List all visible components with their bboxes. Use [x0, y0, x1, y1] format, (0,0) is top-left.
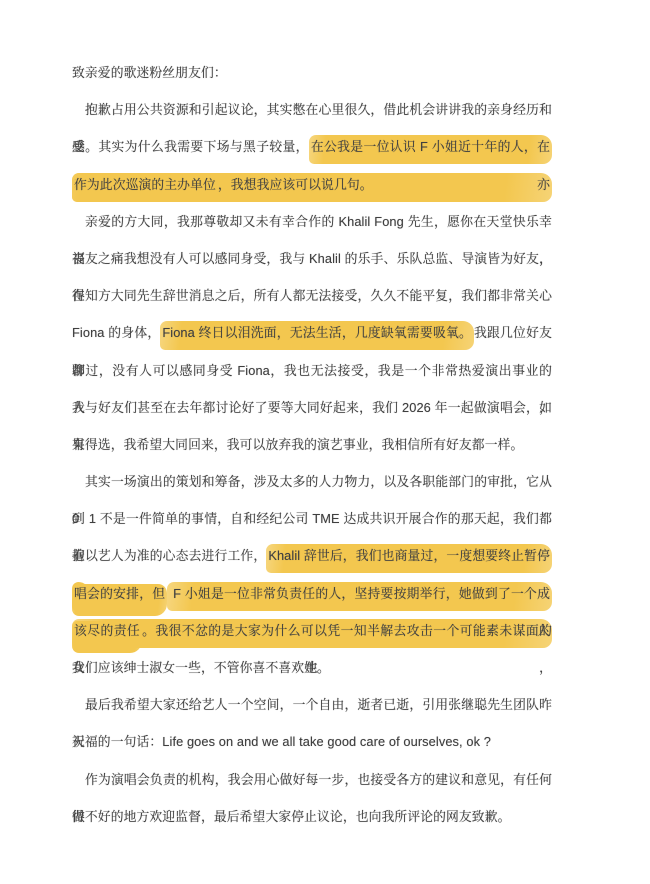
text-segment: Fiona 的身体， [72, 325, 160, 340]
screenshot-root: { "page": { "background": "#ffffff", "te… [0, 0, 650, 884]
text-line: 着以艺人为准的心态去进行工作，Khalil 辞世后，我们也商量过，一度想要终止暂… [72, 537, 552, 574]
text-line: 有得选，我希望大同回来，我可以放弃我的演艺事业，我相信所有好友都一样。 [72, 426, 552, 463]
highlight-mark: 作为此次巡演的主办单位 [72, 173, 218, 202]
letter-document: 致亲爱的歌迷粉丝朋友们：抱歉占用公共资源和引起议论，其实憋在心里很久，借此机会讲… [0, 0, 650, 884]
letter-body: 致亲爱的歌迷粉丝朋友们：抱歉占用公共资源和引起议论，其实憋在心里很久，借此机会讲… [72, 54, 552, 835]
highlight-mark: 唱会的安排，但 [72, 584, 167, 616]
text-line: 唱会的安排，但 F 小姐是一位非常负责任的人，坚持要按期举行，她做到了一个成年人 [72, 575, 552, 612]
highlight-mark: Fiona 终日以泪洗面，无法生活，几度缺氧需要吸氧。 [160, 321, 474, 350]
text-segment: 致亲爱的歌迷粉丝朋友们： [72, 65, 227, 80]
text-line: 丧友之痛我想没有人可以感同身受，我与 Khalil 的乐手、乐队总监、导演皆为好… [72, 240, 552, 277]
text-line: 致亲爱的歌迷粉丝朋友们： [72, 54, 552, 91]
text-line: 得知方大同先生辞世消息之后，所有人都无法接受，久久不能平复，我们都非常关心 [72, 277, 552, 314]
text-segment: 得不好的地方欢迎监督，最后希望大家停止议论，也向我所评论的网友致歉。 [72, 809, 511, 824]
text-segment: 着以艺人为准的心态去进行工作， [72, 548, 266, 563]
text-line: 其实一场演出的策划和筹备，涉及太多的人力物力，以及各职能部门的审批，它从 0 [72, 463, 552, 500]
text-line: 该尽的责任。我很不忿的是大家为什么可以凭一知半解去攻击一个可能素未谋面的女生， [72, 612, 552, 649]
text-segment: 我们应该绅士淑女一些，不管你喜不喜欢她。 [72, 660, 330, 675]
highlight-mark: 该尽的责任 [72, 621, 142, 653]
text-line: 到 1 不是一件简单的事情，自和经纪公司 TME 达成共识开展合作的那天起，我们… [72, 500, 552, 537]
text-line: 得不好的地方欢迎监督，最后希望大家停止议论，也向我所评论的网友致歉。 [72, 798, 552, 835]
text-line: 聊过，没有人可以感同身受 Fiona，我也无法接受，我是一个非常热爱演出事业的人… [72, 352, 552, 389]
text-line: 抱歉占用公共资源和引起议论，其实憋在心里很久，借此机会讲讲我的亲身经历和感 [72, 91, 552, 128]
text-line: Fiona 的身体，Fiona 终日以泪洗面，无法生活，几度缺氧需要吸氧。我跟几… [72, 314, 552, 351]
text-line: 作为演唱会负责的机构，我会用心做好每一步，也接受各方的建议和意见，有任何做 [72, 761, 552, 798]
text-segment: 受。其实为什么我需要下场与黑子较量， [72, 139, 309, 154]
text-segment: ，我想我应该可以说几句。 [218, 177, 373, 192]
text-line: 亲爱的方大同，我那尊敬却又未有幸合作的 Khalil Fong 先生，愿你在天堂… [72, 203, 552, 240]
text-line: 最后我希望大家还给艺人一个空间，一个自由，逝者已逝，引用张继聪先生团队昨天 [72, 686, 552, 723]
text-line: 受。其实为什么我需要下场与黑子较量，在公我是一位认识 F 小姐近十年的人，在私亦 [72, 128, 552, 165]
text-line: 祝福的一句话：Life goes on and we all take good… [72, 723, 552, 760]
text-segment: 得知方大同先生辞世消息之后，所有人都无法接受，久久不能平复，我们都非常关心 [72, 288, 552, 303]
text-segment: 有得选，我希望大同回来，我可以放弃我的演艺事业，我相信所有好友都一样。 [72, 437, 523, 452]
text-segment: 祝福的一句话：Life goes on and we all take good… [72, 734, 491, 749]
text-line: 我与好友们甚至在去年都讨论好了要等大同好起来，我们 2026 年一起做演唱会，如… [72, 389, 552, 426]
